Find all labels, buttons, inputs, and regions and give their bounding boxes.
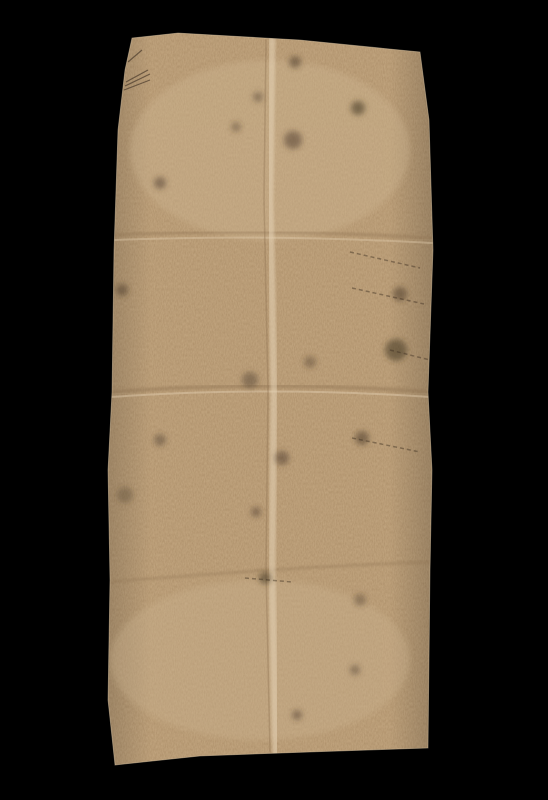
bark-cloth-photo	[0, 0, 548, 800]
cloth	[100, 30, 440, 770]
